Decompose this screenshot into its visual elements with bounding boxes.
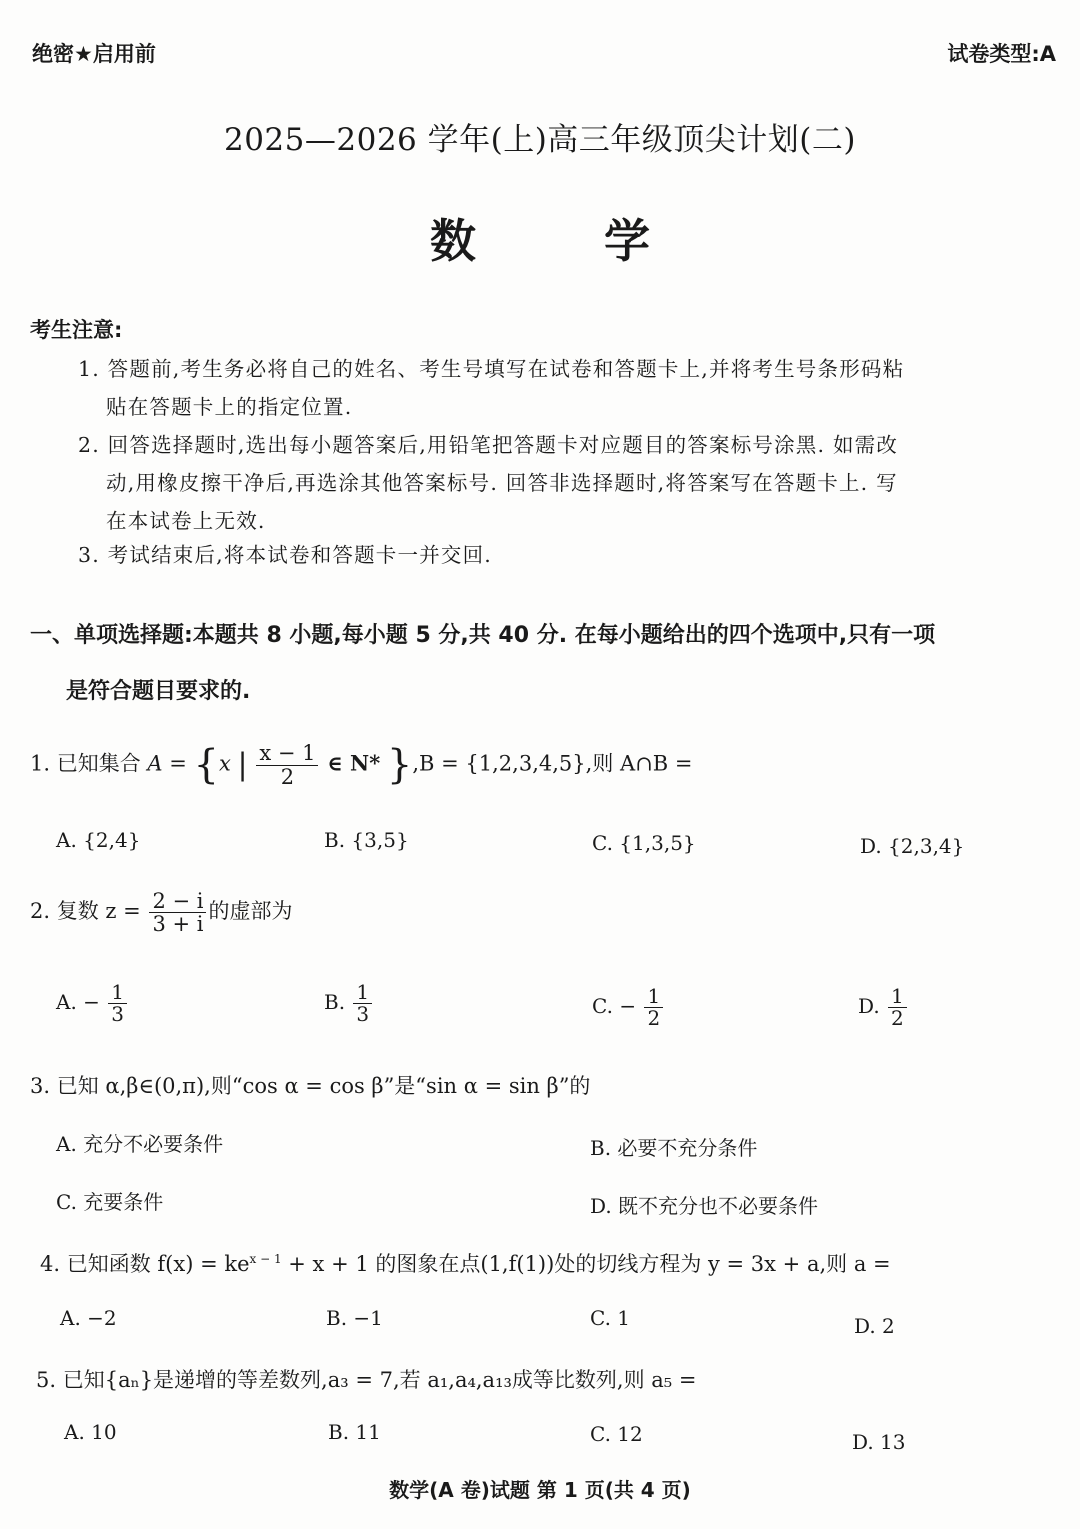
option-b[interactable]: B. 13 — [324, 982, 374, 1025]
notice-line: 动,用橡皮擦干净后,再选涂其他答案标号. 回答非选择题时,将答案写在答题卡上. … — [78, 464, 1058, 502]
question-stem: 已知集合 — [57, 752, 141, 776]
question-number: 5. — [36, 1368, 56, 1392]
question-3: 3. 已知 α,β∈(0,π),则“cos α = cos β”是“sin α … — [30, 1070, 590, 1100]
option-a[interactable]: A. {2,4} — [56, 828, 140, 852]
question-stem-suffix: ,B = {1,2,3,4,5},则 A∩B = — [412, 752, 692, 776]
confidential-label: 绝密★启用前 — [32, 38, 156, 68]
notice-heading: 考生注意: — [30, 314, 122, 344]
question-stem: 已知函数 f(x) = ke — [67, 1252, 250, 1276]
notice-line: 贴在答题卡上的指定位置. — [78, 388, 1058, 426]
option-a[interactable]: A. 10 — [64, 1420, 117, 1444]
option-a[interactable]: A. − 13 — [56, 982, 129, 1025]
option-d[interactable]: D. 12 — [858, 986, 909, 1029]
option-b[interactable]: B. 必要不充分条件 — [590, 1132, 757, 1161]
set-condition: ∈ N* — [327, 751, 380, 776]
fraction: 12 — [644, 986, 663, 1029]
option-a[interactable]: A. 充分不必要条件 — [56, 1128, 223, 1157]
option-c[interactable]: C. − 12 — [592, 986, 665, 1029]
fraction: 2 − i 3 + i — [149, 890, 206, 935]
option-c[interactable]: C. {1,3,5} — [592, 831, 696, 855]
notice-item-1: 1. 答题前,考生务必将自己的姓名、考生号填写在试卷和答题卡上,并将考生号条形码… — [78, 350, 1058, 426]
option-c[interactable]: C. 充要条件 — [56, 1186, 163, 1215]
option-b[interactable]: B. {3,5} — [324, 828, 409, 852]
option-d[interactable]: D. 13 — [852, 1430, 906, 1454]
question-number: 4. — [40, 1252, 60, 1276]
question-2: 2. 复数 z = 2 − i 3 + i 的虚部为 — [30, 890, 292, 935]
option-d[interactable]: D. 2 — [854, 1314, 895, 1338]
question-5: 5. 已知{aₙ}是递增的等差数列,a₃ = 7,若 a₁,a₄,a₁₃成等比数… — [36, 1364, 696, 1394]
option-b[interactable]: B. −1 — [326, 1306, 383, 1330]
question-stem: 已知 α,β∈(0,π),则“cos α = cos β”是“sin α = s… — [57, 1074, 591, 1098]
question-number: 1. — [30, 752, 50, 776]
notice-line: 在本试卷上无效. — [78, 502, 1058, 540]
set-var: A — [147, 752, 162, 776]
option-c[interactable]: C. 1 — [590, 1306, 630, 1330]
question-1: 1. 已知集合 A = {x | x − 1 2 ∈ N* },B = {1,2… — [30, 742, 692, 788]
question-stem-suffix: 的虚部为 — [208, 899, 292, 923]
question-number: 2. — [30, 899, 50, 923]
exam-title: 数 学 — [0, 205, 1080, 271]
exam-subtitle: 2025—2026 学年(上)高三年级顶尖计划(二) — [0, 114, 1080, 159]
option-b[interactable]: B. 11 — [328, 1420, 381, 1444]
brace-left: { — [194, 742, 219, 788]
question-4: 4. 已知函数 f(x) = kex − 1 + x + 1 的图象在点(1,f… — [40, 1248, 891, 1278]
notice-line: 1. 答题前,考生务必将自己的姓名、考生号填写在试卷和答题卡上,并将考生号条形码… — [78, 350, 1058, 388]
notice-line: 3. 考试结束后,将本试卷和答题卡一并交回. — [78, 536, 1058, 574]
section-heading-cont: 是符合题目要求的. — [66, 674, 250, 705]
question-stem-suffix: + x + 1 的图象在点(1,f(1))处的切线方程为 y = 3x + a,… — [282, 1252, 891, 1276]
notice-line: 2. 回答选择题时,选出每小题答案后,用铅笔把答题卡对应题目的答案标号涂黑. 如… — [78, 426, 1058, 464]
option-c[interactable]: C. 12 — [590, 1422, 643, 1446]
set-bar: | — [238, 748, 248, 783]
fraction: 13 — [108, 982, 127, 1025]
notice-item-2: 2. 回答选择题时,选出每小题答案后,用铅笔把答题卡对应题目的答案标号涂黑. 如… — [78, 426, 1058, 540]
question-stem: 复数 z = — [57, 899, 141, 923]
option-d[interactable]: D. {2,3,4} — [860, 834, 964, 858]
fraction: x − 1 2 — [256, 742, 318, 787]
notice-item-3: 3. 考试结束后,将本试卷和答题卡一并交回. — [78, 536, 1058, 574]
section-heading: 一、单项选择题:本题共 8 小题,每小题 5 分,共 40 分. 在每小题给出的… — [30, 618, 1060, 649]
question-stem: 已知{aₙ}是递增的等差数列,a₃ = 7,若 a₁,a₄,a₁₃成等比数列,则… — [63, 1368, 697, 1392]
fraction: 13 — [353, 982, 372, 1025]
paper-type-label: 试卷类型:A — [947, 38, 1056, 68]
fraction: 12 — [888, 986, 907, 1029]
option-a[interactable]: A. −2 — [60, 1306, 117, 1330]
brace-right: } — [387, 742, 412, 788]
exponent: x − 1 — [250, 1252, 282, 1266]
page-footer: 数学(A 卷)试题 第 1 页(共 4 页) — [0, 1474, 1080, 1503]
question-number: 3. — [30, 1074, 50, 1098]
option-d[interactable]: D. 既不充分也不必要条件 — [590, 1190, 818, 1219]
